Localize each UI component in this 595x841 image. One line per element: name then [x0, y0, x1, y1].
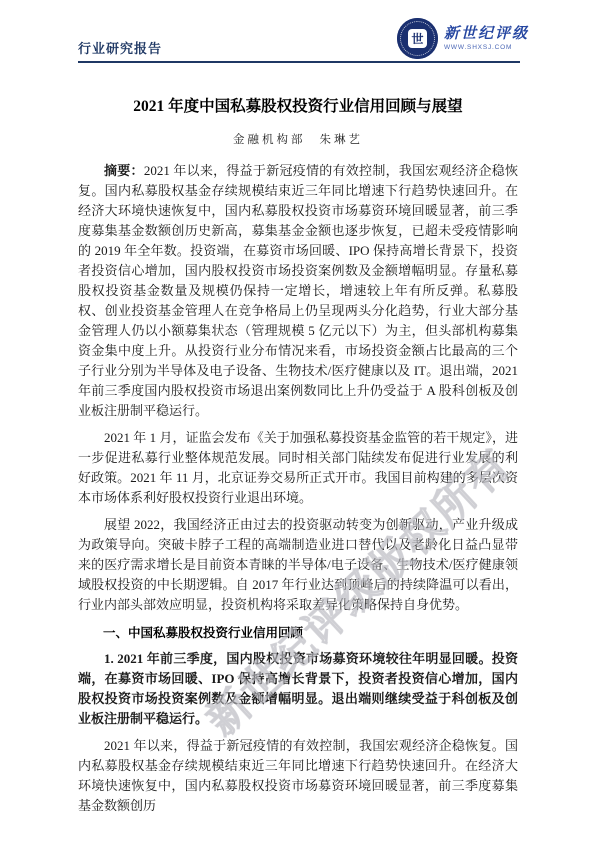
- report-page: 行业研究报告 世 新世纪评级 WWW.SHXSJ.COM 2021 年度中国私募…: [0, 0, 595, 841]
- content-column: 2021 年度中国私募股权投资行业信用回顾与展望 金融机构部朱琳艺 摘要：202…: [78, 0, 518, 823]
- abstract-text: 2021 年以来，得益于新冠疫情的有效控制，我国宏观经济企稳恢复。国内私募股权基…: [78, 163, 518, 418]
- body-paragraph: 2021 年 1 月，证监会发布《关于加强私募投资基金监管的若干规定》，进一步促…: [78, 428, 518, 508]
- abstract-paragraph: 摘要：2021 年以来，得益于新冠疫情的有效控制，我国宏观经济企稳恢复。国内私募…: [78, 161, 518, 421]
- byline-author: 朱琳艺: [320, 134, 364, 146]
- report-title: 2021 年度中国私募股权投资行业信用回顾与展望: [78, 96, 518, 118]
- byline-department: 金融机构部: [233, 134, 306, 146]
- emphasis-paragraph: 1. 2021 年前三季度，国内股权投资市场募资环境较往年明显回暖。投资端，在募…: [78, 649, 518, 729]
- abstract-label: 摘要：: [104, 163, 144, 178]
- body-paragraph: 展望 2022，我国经济正由过去的投资驱动转变为创新驱动，产业升级成为政策导向。…: [78, 515, 518, 615]
- closing-paragraph: 2021 年以来，得益于新冠疫情的有效控制，我国宏观经济企稳恢复。国内私募股权基…: [78, 736, 518, 816]
- report-body: 摘要：2021 年以来，得益于新冠疫情的有效控制，我国宏观经济企稳恢复。国内私募…: [78, 161, 518, 816]
- section-heading: 一、中国私募股权投资行业信用回顾: [78, 625, 518, 641]
- byline: 金融机构部朱琳艺: [78, 131, 518, 147]
